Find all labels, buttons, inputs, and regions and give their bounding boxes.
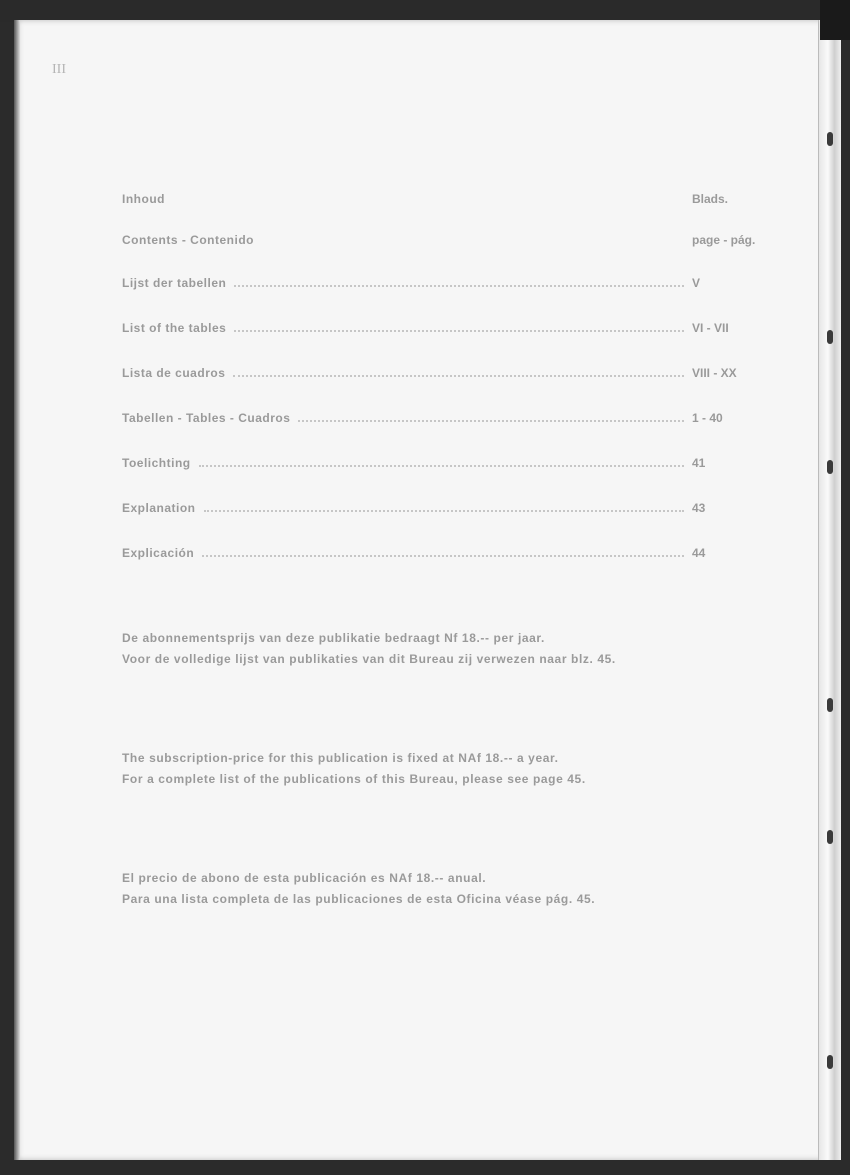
toc-entry-page: VI - VII <box>692 321 762 335</box>
page-torn-edge <box>818 20 841 1160</box>
toc-entry-page: 41 <box>692 456 762 470</box>
toc-entry-page: 1 - 40 <box>692 411 762 425</box>
notice-line: Voor de volledige lijst van publikaties … <box>122 649 616 670</box>
toc-entry-page: 43 <box>692 501 762 515</box>
notice-line: De abonnementsprijs van deze publikatie … <box>122 628 616 649</box>
tear-mark <box>827 698 833 712</box>
tear-mark <box>827 132 833 146</box>
toc-leader-dots <box>199 464 684 467</box>
toc-title: Inhoud <box>122 192 165 206</box>
toc-leader-dots <box>233 374 684 377</box>
scan-top-edge <box>0 0 850 22</box>
toc-entry: List of the tablesVI - VII <box>122 321 762 337</box>
toc-title-row: Inhoud Blads. <box>122 192 762 208</box>
page-binding-edge <box>14 20 20 1160</box>
tear-mark <box>827 830 833 844</box>
toc-entry-label: Lijst der tabellen <box>122 276 226 290</box>
toc-subtitle-row: Contents - Contenido page - pág. <box>122 233 762 249</box>
toc-contents-label: Contents - Contenido <box>122 233 254 247</box>
toc-entry-label: Tabellen - Tables - Cuadros <box>122 411 290 425</box>
toc-entry: Explicación44 <box>122 546 762 562</box>
toc-leader-dots <box>202 554 684 557</box>
tear-mark <box>827 330 833 344</box>
toc-entry-page: 44 <box>692 546 762 560</box>
notice-line: For a complete list of the publications … <box>122 769 586 790</box>
document-page <box>14 20 826 1160</box>
toc-entry: Explanation43 <box>122 501 762 517</box>
tear-mark <box>827 460 833 474</box>
toc-leader-dots <box>234 329 684 332</box>
toc-entry-page: VIII - XX <box>692 366 762 380</box>
toc-entry-label: Toelichting <box>122 456 191 470</box>
toc-entry-label: List of the tables <box>122 321 226 335</box>
toc-leader-dots <box>234 284 684 287</box>
tear-mark <box>827 1055 833 1069</box>
page-folio: III <box>52 62 66 78</box>
toc-leader-dots <box>204 509 684 512</box>
scan-corner <box>820 0 850 40</box>
toc-entry: Tabellen - Tables - Cuadros1 - 40 <box>122 411 762 427</box>
toc-entry-page: V <box>692 276 762 290</box>
toc-entry-label: Lista de cuadros <box>122 366 225 380</box>
toc-entry: Lijst der tabellenV <box>122 276 762 292</box>
toc-page-header-nl: Blads. <box>692 192 762 206</box>
toc-leader-dots <box>298 419 684 422</box>
toc-entry-label: Explanation <box>122 501 196 515</box>
notice-line: El precio de abono de esta publicación e… <box>122 868 595 889</box>
toc-page-header-en-es: page - pág. <box>692 233 762 247</box>
notice-dutch: De abonnementsprijs van deze publikatie … <box>122 628 616 670</box>
toc-entry-label: Explicación <box>122 546 194 560</box>
notice-line: The subscription-price for this publicat… <box>122 748 586 769</box>
notice-spanish: El precio de abono de esta publicación e… <box>122 868 595 910</box>
toc-entry: Toelichting41 <box>122 456 762 472</box>
notice-english: The subscription-price for this publicat… <box>122 748 586 790</box>
toc-entry: Lista de cuadrosVIII - XX <box>122 366 762 382</box>
notice-line: Para una lista completa de las publicaci… <box>122 889 595 910</box>
